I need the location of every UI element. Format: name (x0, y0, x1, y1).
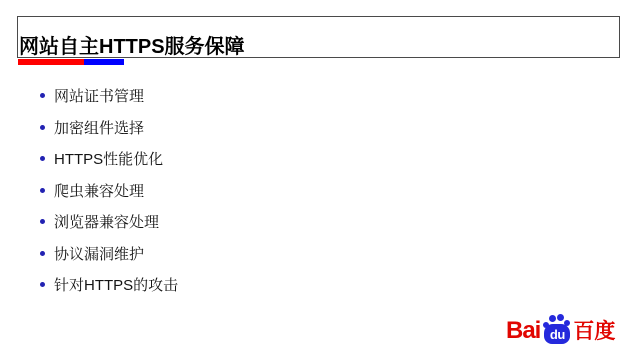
paw-toe-icon (549, 315, 556, 322)
list-item-label: 网站证书管理 (54, 85, 144, 106)
baidu-paw-icon: du (543, 314, 571, 344)
list-item-label: 加密组件选择 (54, 117, 144, 138)
list-item: 网站证书管理 (40, 80, 178, 112)
list-item-label: HTTPS性能优化 (54, 148, 163, 169)
bullet-icon (40, 282, 45, 287)
list-item-label: 浏览器兼容处理 (54, 211, 159, 232)
list-item: HTTPS性能优化 (40, 143, 178, 175)
logo-du-text: du (550, 328, 565, 341)
list-item-label: 爬虫兼容处理 (54, 180, 144, 201)
list-item-label: 针对HTTPS的攻击 (54, 274, 178, 295)
bullet-icon (40, 251, 45, 256)
bullet-icon (40, 93, 45, 98)
slide: 网站自主HTTPS服务保障 网站证书管理 加密组件选择 HTTPS性能优化 爬虫… (0, 0, 640, 360)
bullet-icon (40, 156, 45, 161)
paw-toe-icon (557, 314, 564, 321)
logo-bai-text: Bai (506, 321, 540, 341)
list-item: 协议漏洞维护 (40, 238, 178, 270)
bullet-list: 网站证书管理 加密组件选择 HTTPS性能优化 爬虫兼容处理 浏览器兼容处理 协… (40, 80, 178, 301)
bullet-icon (40, 125, 45, 130)
list-item: 针对HTTPS的攻击 (40, 269, 178, 301)
title-box: 网站自主HTTPS服务保障 (17, 16, 620, 58)
bullet-icon (40, 188, 45, 193)
baidu-logo: Bai du 百度 (506, 313, 615, 344)
accent-bar-red (18, 59, 84, 65)
bullet-icon (40, 219, 45, 224)
list-item: 爬虫兼容处理 (40, 175, 178, 207)
logo-chinese-text: 百度 (573, 322, 615, 342)
list-item: 浏览器兼容处理 (40, 206, 178, 238)
accent-bar-blue (84, 59, 124, 65)
slide-title: 网站自主HTTPS服务保障 (18, 36, 245, 58)
list-item: 加密组件选择 (40, 112, 178, 144)
list-item-label: 协议漏洞维护 (54, 243, 144, 264)
paw-pad-icon: du (544, 324, 570, 344)
